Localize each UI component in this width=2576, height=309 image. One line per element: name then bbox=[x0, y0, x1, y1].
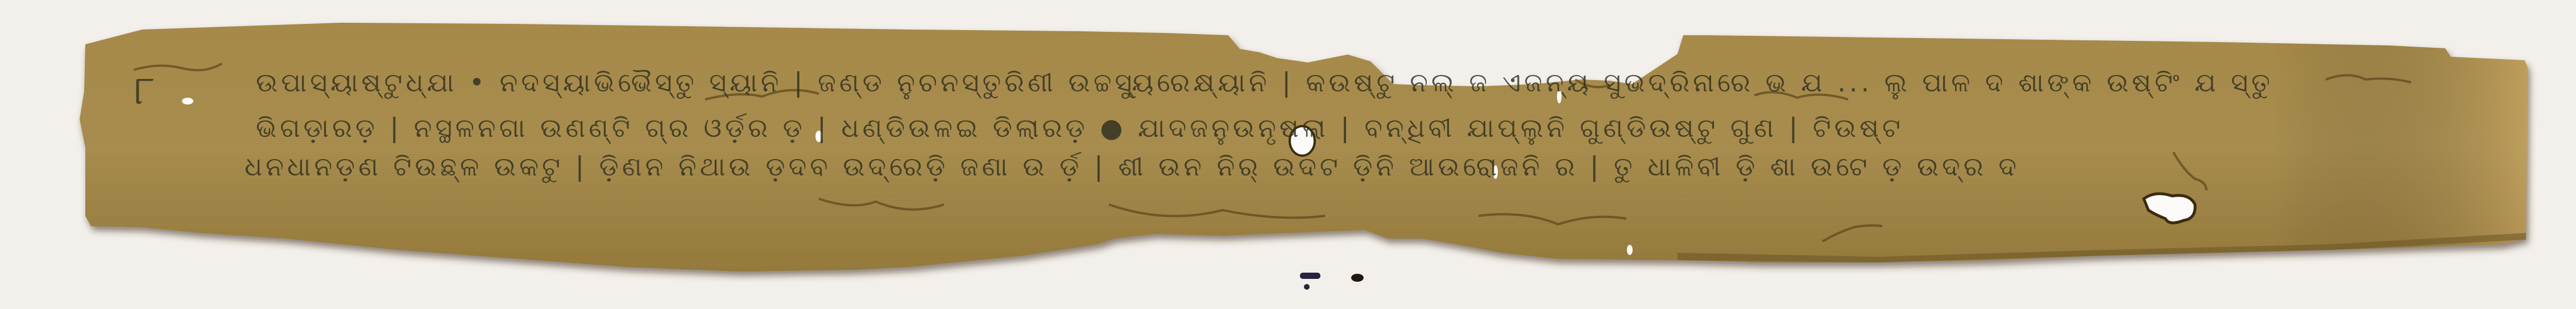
manuscript-photo: ୮ ଉପାସ୍ୟାଷ୍ଟୁଧ୍ଯା • ନଦସ୍ୟାଭିଭୈସ୍ତୁ ସ୍ୟାନ… bbox=[0, 0, 2576, 309]
manuscript-line-3: ଧନଧାନଡ଼ଣ ଟିଉଛ୍ଳ ଉକଟୁ | ଡ଼ିଣନ ନିଥାଉ ଡ଼ଦବ … bbox=[245, 151, 2020, 183]
background-ink-marks bbox=[1300, 273, 1364, 290]
small-hole bbox=[1627, 245, 1633, 255]
manuscript-line-1: ଉପାସ୍ୟାଷ୍ଟୁଧ୍ଯା • ନଦସ୍ୟାଭିଭୈସ୍ତୁ ସ୍ୟାନି … bbox=[256, 67, 2273, 99]
small-hole bbox=[182, 98, 193, 105]
folio-number: ୮ bbox=[134, 67, 155, 114]
manuscript-line-2: ଭିଗଡ଼ାରଡ଼ | ନସ୍ଥଳନଗା ଉଣଣ୍ଟି ଗ୍ର ଓର୍ଡ଼ର ଡ… bbox=[256, 112, 1904, 144]
